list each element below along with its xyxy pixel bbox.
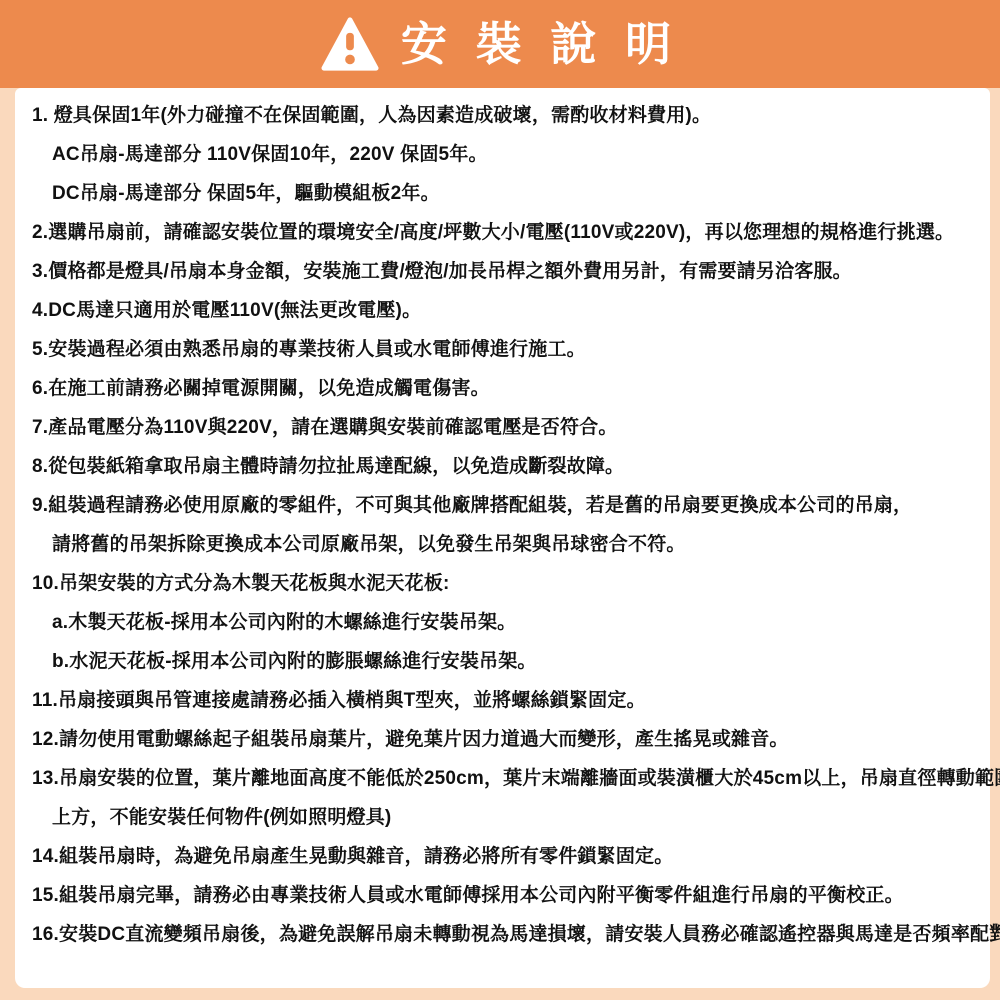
instruction-line: 7.產品電壓分為110V與220V，請在選購與安裝前確認電壓是否符合。 <box>15 406 990 445</box>
header-banner: 安 裝 說 明 <box>0 0 1000 88</box>
instruction-line: b.水泥天花板-採用本公司內附的膨脹螺絲進行安裝吊架。 <box>15 640 990 679</box>
instruction-line: 14.組裝吊扇時，為避免吊扇產生晃動與雜音，請務必將所有零件鎖緊固定。 <box>15 835 990 874</box>
instruction-line: 4.DC馬達只適用於電壓110V(無法更改電壓)。 <box>15 289 990 328</box>
instruction-line: 5.安裝過程必須由熟悉吊扇的專業技術人員或水電師傅進行施工。 <box>15 328 990 367</box>
instruction-line: 請將舊的吊架拆除更換成本公司原廠吊架，以免發生吊架與吊球密合不符。 <box>15 523 990 562</box>
instruction-line: 13.吊扇安裝的位置，葉片離地面高度不能低於250cm，葉片末端離牆面或裝潢櫃大… <box>15 757 990 796</box>
warning-triangle-icon <box>321 16 379 72</box>
page-title: 安 裝 說 明 <box>401 21 679 67</box>
instructions-list: 1. 燈具保固1年(外力碰撞不在保固範圍，人為因素造成破壞，需酌收材料費用)。A… <box>15 94 990 952</box>
instruction-line: 3.價格都是燈具/吊扇本身金額，安裝施工費/燈泡/加長吊桿之額外費用另計，有需要… <box>15 250 990 289</box>
instruction-line: 10.吊架安裝的方式分為木製天花板與水泥天花板: <box>15 562 990 601</box>
instruction-line: 1. 燈具保固1年(外力碰撞不在保固範圍，人為因素造成破壞，需酌收材料費用)。 <box>15 94 990 133</box>
instruction-line: 12.請勿使用電動螺絲起子組裝吊扇葉片，避免葉片因力道過大而變形，產生搖晃或雜音… <box>15 718 990 757</box>
instruction-line: 15.組裝吊扇完畢，請務必由專業技術人員或水電師傅採用本公司內附平衡零件組進行吊… <box>15 874 990 913</box>
instruction-line: 8.從包裝紙箱拿取吊扇主體時請勿拉扯馬達配線，以免造成斷裂故障。 <box>15 445 990 484</box>
instruction-line: 16.安裝DC直流變頻吊扇後，為避免誤解吊扇未轉動視為馬達損壞，請安裝人員務必確… <box>15 913 990 952</box>
instructions-panel: 1. 燈具保固1年(外力碰撞不在保固範圍，人為因素造成破壞，需酌收材料費用)。A… <box>15 88 990 988</box>
instruction-line: AC吊扇-馬達部分 110V保固10年，220V 保固5年。 <box>15 133 990 172</box>
instruction-line: 2.選購吊扇前，請確認安裝位置的環境安全/高度/坪數大小/電壓(110V或220… <box>15 211 990 250</box>
instruction-line: 11.吊扇接頭與吊管連接處請務必插入橫梢與T型夾，並將螺絲鎖緊固定。 <box>15 679 990 718</box>
instruction-line: 9.組裝過程請務必使用原廠的零組件，不可與其他廠牌搭配組裝，若是舊的吊扇要更換成… <box>15 484 990 523</box>
instruction-line: 6.在施工前請務必關掉電源開關，以免造成觸電傷害。 <box>15 367 990 406</box>
instruction-line: a.木製天花板-採用本公司內附的木螺絲進行安裝吊架。 <box>15 601 990 640</box>
instruction-line: DC吊扇-馬達部分 保固5年，驅動模組板2年。 <box>15 172 990 211</box>
instruction-line: 上方，不能安裝任何物件(例如照明燈具) <box>15 796 990 835</box>
